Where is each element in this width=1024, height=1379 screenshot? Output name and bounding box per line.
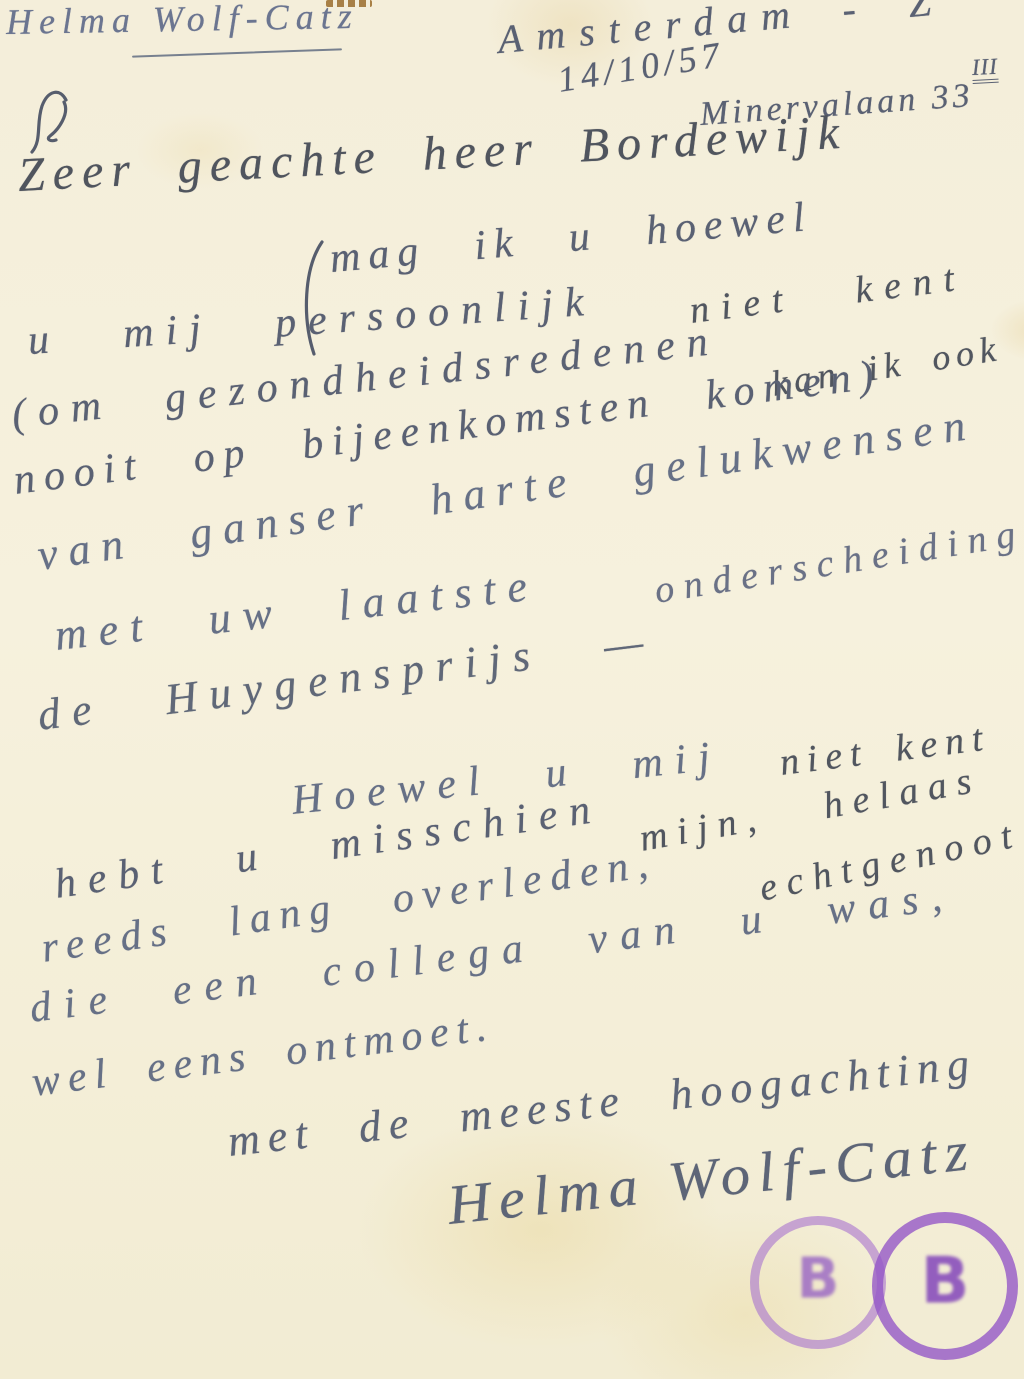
stamp-letter: B [921, 1245, 970, 1319]
address-floor: III [971, 55, 998, 84]
circular-stamp: B [872, 1212, 1018, 1360]
sender-name-underline [132, 48, 342, 57]
circular-stamp: B [750, 1216, 886, 1349]
letter-line: niet kent [688, 258, 968, 330]
stamp-letter: B [797, 1246, 840, 1311]
letter-line: onderscheiding [652, 514, 1024, 610]
signature: Helma Wolf-Catz [445, 1123, 978, 1234]
letter-line: mag ik u hoewel [328, 196, 814, 280]
letter-paper: Helma Wolf-Catz Amsterdam - Z 14/10/57 M… [0, 0, 1024, 1379]
sender-name: Helma Wolf-Catz [6, 0, 359, 40]
salutation: Zeer geachte heer Bordewijk [17, 109, 848, 200]
